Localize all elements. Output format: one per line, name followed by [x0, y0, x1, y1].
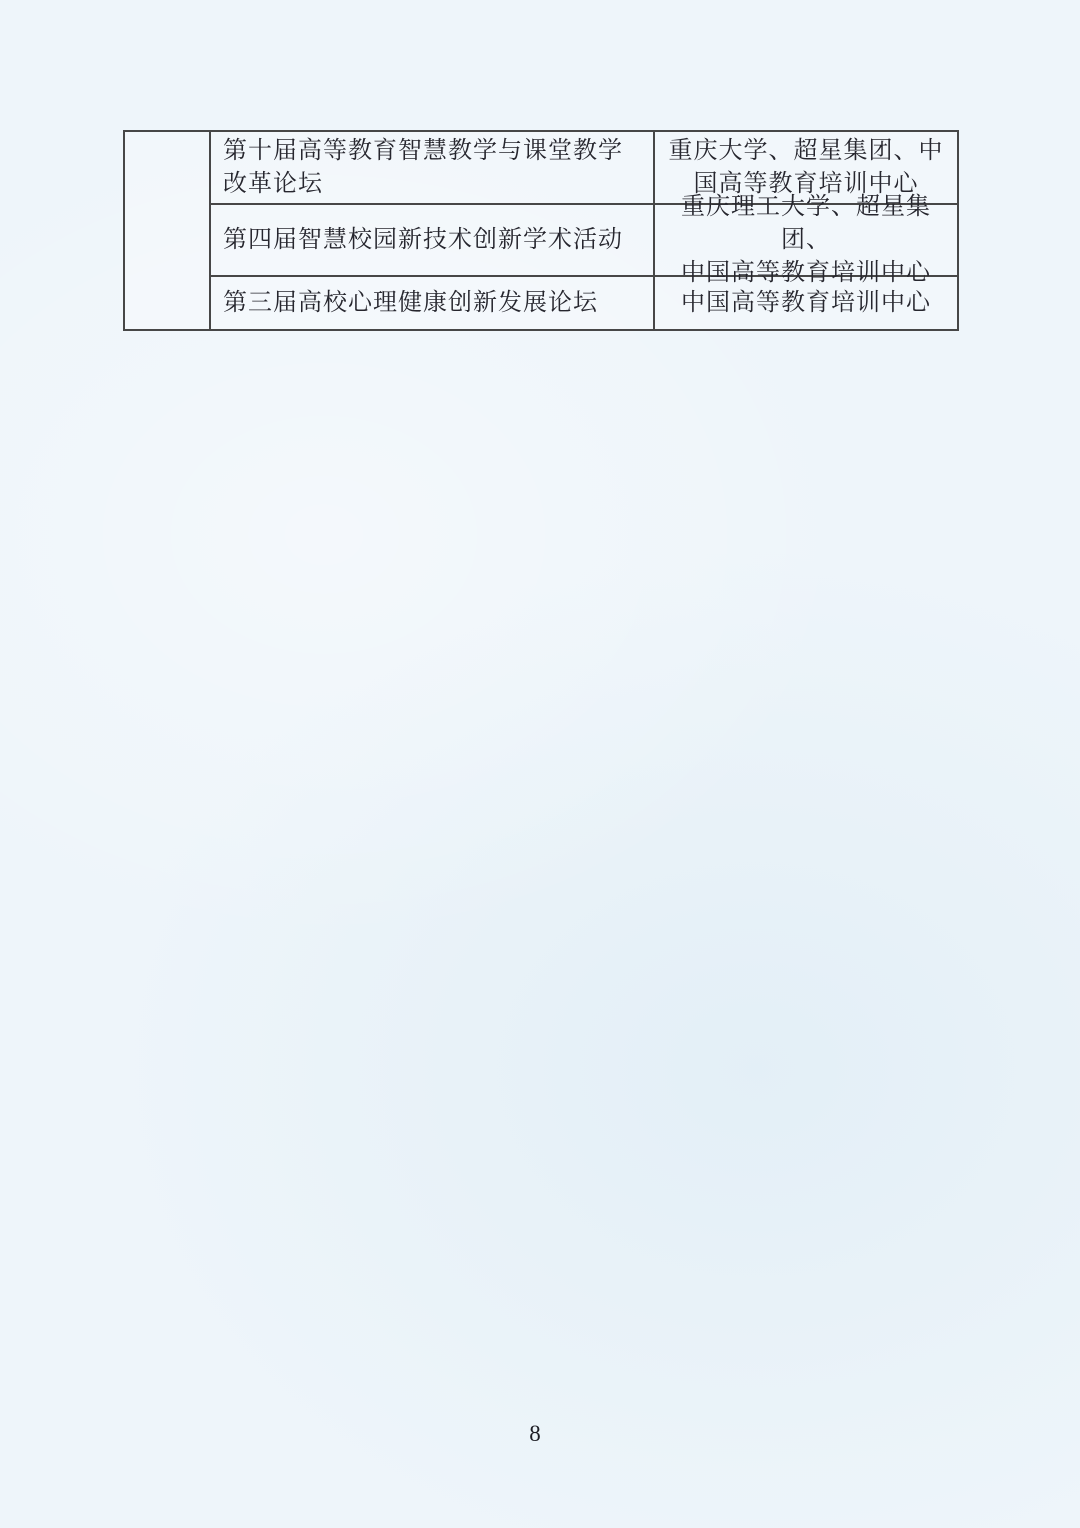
table-cell-event-1: 第十届高等教育智慧教学与课堂教学改革论坛: [211, 132, 655, 205]
table-cell-organizer-2: 重庆理工大学、超星集团、中国高等教育培训中心: [655, 205, 957, 277]
table-cell-event-2: 第四届智慧校园新技术创新学术活动: [211, 205, 655, 277]
document-page: 第十届高等教育智慧教学与课堂教学改革论坛 重庆大学、超星集团、中国高等教育培训中…: [0, 0, 1080, 1528]
page-number: 8: [0, 1421, 1070, 1447]
table-cell-organizer-3: 中国高等教育培训中心: [655, 277, 957, 329]
table-cell-event-3: 第三届高校心理健康创新发展论坛: [211, 277, 655, 329]
events-table: 第十届高等教育智慧教学与课堂教学改革论坛 重庆大学、超星集团、中国高等教育培训中…: [123, 130, 959, 331]
table-merged-empty-cell: [125, 132, 211, 329]
